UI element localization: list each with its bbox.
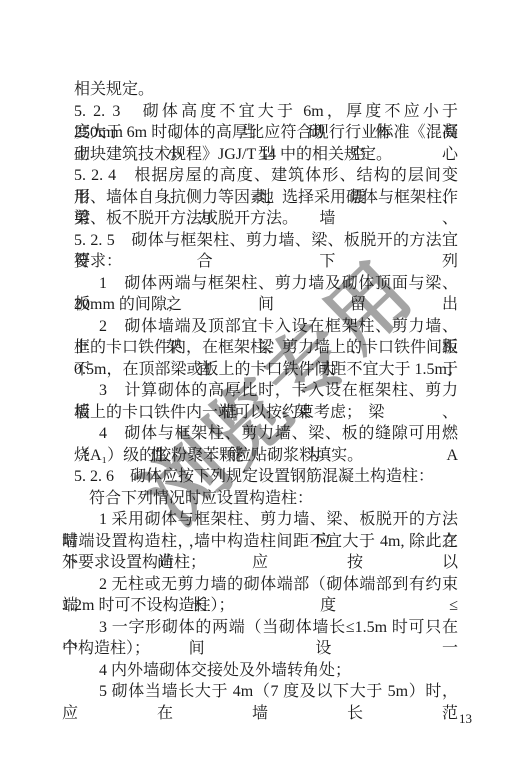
- text-line: 度大于 6m 时砌体的高厚比应符合现行行业标准《混凝土小型空心: [74, 122, 458, 144]
- text-line-item-5: 5 砌体当墙长大于 4m（7 度及以下大于 5m）时，应在墙长范: [62, 681, 458, 703]
- document-page: 浏览专用 相关规定。 5. 2. 3 砌体高度不宜大于 6m，厚度不应小于 25…: [0, 0, 529, 767]
- text-line-item-3: 3 计算砌体的高厚比时，卡入设在框架柱、剪力墙、框架梁、: [74, 380, 458, 402]
- text-line-item-2: 2 砌体墙端及顶部宜卡入设在框架柱、剪力墙、框架梁、板: [74, 316, 458, 338]
- text-line: 0.5m，在顶部梁或板上的卡口铁件间距不宜大于 1.5m；: [74, 359, 458, 381]
- text-line-item-4: 4 砌体与框架柱、剪力墙、梁、板的缝隙可用燃烧性能为 A: [74, 423, 458, 445]
- text-line: 符合下列情况时应设置构造柱：: [74, 488, 458, 510]
- text-line-clause-5-2-6: 5. 2. 6 砌体应按下列规定设置钢筋混凝土构造柱：: [74, 466, 458, 488]
- text-line-clause-5-2-4: 5. 2. 4 根据房屋的高度、建筑体形、结构的层间变形、地震作: [74, 165, 458, 187]
- text-line-item-2: 2 无柱或无剪力墙的砌体端部（砌体端部到有约束端长度≤: [62, 574, 458, 596]
- text-line-item-1: 1 采用砌体与框架柱、剪力墙、梁、板脱开的方法时，应在: [62, 509, 458, 531]
- text-line-item-4: 4 内外墙砌体交接处及外墙转角处；: [62, 660, 458, 682]
- text-line-clause-5-2-3: 5. 2. 3 砌体高度不宜大于 6m，厚度不应小于 250mm。当砌体高: [74, 101, 458, 123]
- text-line: 用、墙体自身抗侧力等因素，选择采用砌体与框架柱、剪力墙、: [74, 187, 458, 209]
- text-line: 上的卡口铁件内，在框架柱、剪力墙上的卡口铁件间距不宜大于: [74, 337, 458, 359]
- text-line: 相关规定。: [74, 79, 458, 101]
- text-line-item-3: 3 一字形砌体的两端（当砌体墙长≤1.5m 时可只在中间设一: [62, 617, 458, 639]
- text-line-item-1: 1 砌体两端与框架柱、剪力墙及砌体顶面与梁、板之间留出: [74, 273, 458, 295]
- text-line: 墙端设置构造柱，墙中构造柱间距不宜大于 4m, 除此之外尚应按以: [62, 531, 458, 553]
- text-column: 相关规定。 5. 2. 3 砌体高度不宜大于 6m，厚度不应小于 250mm。当…: [74, 79, 458, 703]
- text-line-clause-5-2-5: 5. 2. 5 砌体与框架柱、剪力墙、梁、板脱开的方法宜符合下列: [74, 230, 458, 252]
- page-number: 13: [459, 711, 472, 727]
